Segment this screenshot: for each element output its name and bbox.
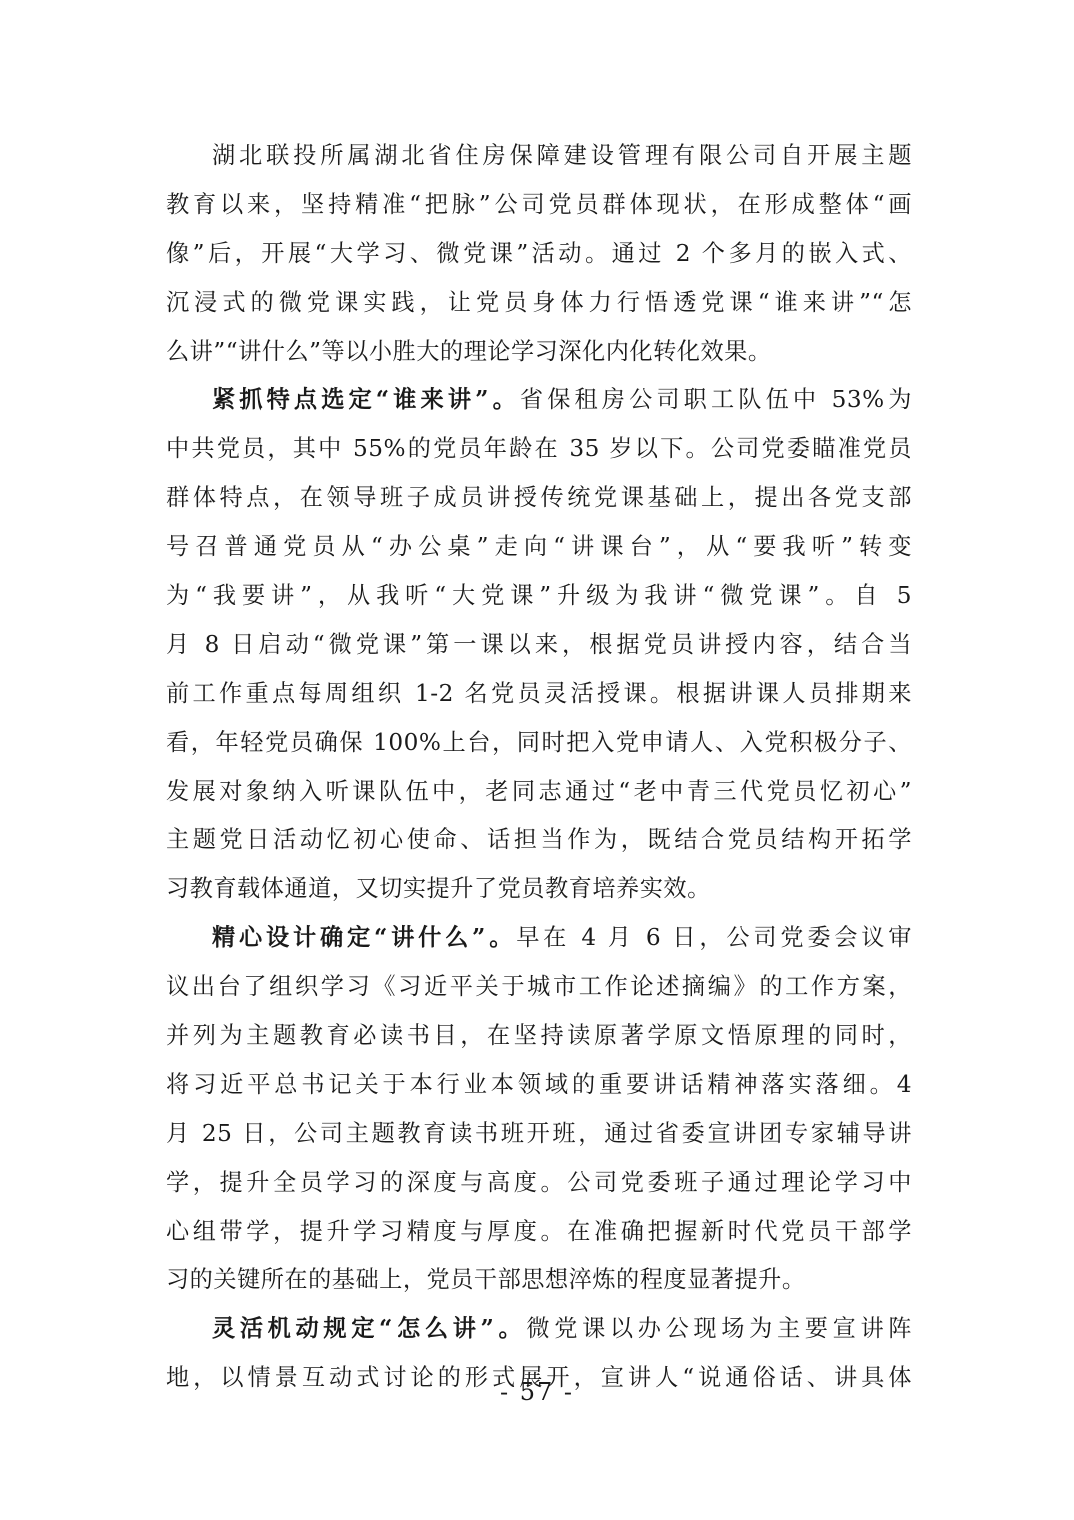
- paragraph-3-line-2: 议出台了组织学习《习近平关于城市工作论述摘编》的工作方案，: [166, 963, 912, 1012]
- paragraph-2-line-8: 看，年轻党员确保 100%上台，同时把入党申请人、入党积极分子、: [166, 719, 912, 768]
- body-text: 湖北联投所属湖北省住房保障建设管理有限公司自开展主题 教育以来，坚持精准“把脉”…: [166, 132, 912, 1403]
- paragraph-1-line-2: 教育以来，坚持精准“把脉”公司党员群体现状，在形成整体“画: [166, 181, 912, 230]
- paragraph-1-line-1: 湖北联投所属湖北省住房保障建设管理有限公司自开展主题: [166, 132, 912, 181]
- document-page: 湖北联投所属湖北省住房保障建设管理有限公司自开展主题 教育以来，坚持精准“把脉”…: [0, 0, 1074, 1520]
- paragraph-3-line-6: 学，提升全员学习的深度与高度。公司党委班子通过理论学习中: [166, 1159, 912, 1208]
- paragraph-2-line-1: 紧抓特点选定“谁来讲”。省保租房公司职工队伍中 53%为: [166, 376, 912, 425]
- paragraph-3-line-1: 精心设计确定“讲什么”。早在 4 月 6 日，公司党委会议审: [166, 914, 912, 963]
- paragraph-4-line-1: 灵活机动规定“怎么讲”。微党课以办公现场为主要宣讲阵: [166, 1305, 912, 1354]
- paragraph-3-line-5: 月 25 日，公司主题教育读书班开班，通过省委宣讲团专家辅导讲: [166, 1110, 912, 1159]
- paragraph-2-line-11: 习教育载体通道，又切实提升了党员教育培养实效。: [166, 865, 912, 914]
- section-heading-who-speaks: 紧抓特点选定“谁来讲”。: [212, 386, 520, 413]
- paragraph-3-line-1-text: 早在 4 月 6 日，公司党委会议审: [516, 924, 912, 951]
- paragraph-1-line-4: 沉浸式的微党课实践，让党员身体力行悟透党课“谁来讲”“怎: [166, 279, 912, 328]
- paragraph-2-line-7: 前工作重点每周组织 1-2 名党员灵活授课。根据讲课人员排期来: [166, 670, 912, 719]
- paragraph-1-line-3: 像”后，开展“大学习、微党课”活动。通过 2 个多月的嵌入式、: [166, 230, 912, 279]
- paragraph-2-line-4: 号召普通党员从“办公桌”走向“讲课台”，从“要我听”转变: [166, 523, 912, 572]
- paragraph-3-line-3: 并列为主题教育必读书目，在坚持读原著学原文悟原理的同时，: [166, 1012, 912, 1061]
- paragraph-2-line-1-text: 省保租房公司职工队伍中 53%为: [520, 386, 912, 413]
- paragraph-2-line-6: 月 8 日启动“微党课”第一课以来，根据党员讲授内容，结合当: [166, 621, 912, 670]
- paragraph-4-line-1-text: 微党课以办公现场为主要宣讲阵: [526, 1315, 912, 1342]
- paragraph-2-line-5: 为“我要讲”，从我听“大党课”升级为我讲“微党课”。自 5: [166, 572, 912, 621]
- paragraph-3-line-4: 将习近平总书记关于本行业本领域的重要讲话精神落实落细。4: [166, 1061, 912, 1110]
- page-number: - 57 -: [0, 1378, 1074, 1406]
- section-heading-what-to-speak: 精心设计确定“讲什么”。: [212, 924, 516, 951]
- paragraph-2-line-3: 群体特点，在领导班子成员讲授传统党课基础上，提出各党支部: [166, 474, 912, 523]
- paragraph-2-line-9: 发展对象纳入听课队伍中，老同志通过“老中青三代党员忆初心”: [166, 768, 912, 817]
- paragraph-1-line-5: 么讲”“讲什么”等以小胜大的理论学习深化内化转化效果。: [166, 328, 912, 377]
- paragraph-3-line-8: 习的关键所在的基础上，党员干部思想淬炼的程度显著提升。: [166, 1256, 912, 1305]
- paragraph-3-line-7: 心组带学，提升学习精度与厚度。在准确把握新时代党员干部学: [166, 1208, 912, 1257]
- paragraph-2-line-2: 中共党员，其中 55%的党员年龄在 35 岁以下。公司党委瞄准党员: [166, 425, 912, 474]
- paragraph-2-line-10: 主题党日活动忆初心使命、话担当作为，既结合党员结构开拓学: [166, 816, 912, 865]
- section-heading-how-to-speak: 灵活机动规定“怎么讲”。: [212, 1315, 526, 1342]
